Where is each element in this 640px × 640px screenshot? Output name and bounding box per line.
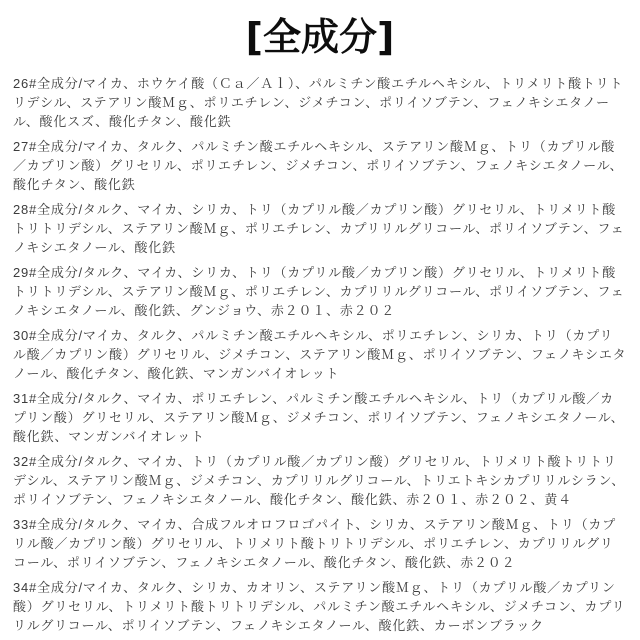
ingredient-list: 26#全成分/マイカ、ホウケイ酸（Ｃａ／Ａｌ）、パルミチン酸エチルヘキシル、トリ…	[13, 74, 627, 635]
ingredient-paragraph-28: 28#全成分/タルク、マイカ、シリカ、トリ（カプリル酸／カプリン酸）グリセリル、…	[13, 200, 627, 257]
ingredient-list-page: [全成分] 26#全成分/マイカ、ホウケイ酸（Ｃａ／Ａｌ）、パルミチン酸エチルヘ…	[0, 0, 640, 640]
ingredient-paragraph-32: 32#全成分/タルク、マイカ、トリ（カプリル酸／カプリン酸）グリセリル、トリメリ…	[13, 452, 627, 509]
ingredient-paragraph-29: 29#全成分/タルク、マイカ、シリカ、トリ（カプリル酸／カプリン酸）グリセリル、…	[13, 263, 627, 320]
ingredient-paragraph-33: 33#全成分/タルク、マイカ、合成フルオロフロゴパイト、シリカ、ステアリン酸Ｍｇ…	[13, 515, 627, 572]
ingredient-paragraph-27: 27#全成分/マイカ、タルク、パルミチン酸エチルヘキシル、ステアリン酸Ｍｇ、トリ…	[13, 137, 627, 194]
ingredient-paragraph-26: 26#全成分/マイカ、ホウケイ酸（Ｃａ／Ａｌ）、パルミチン酸エチルヘキシル、トリ…	[13, 74, 627, 131]
ingredient-paragraph-30: 30#全成分/マイカ、タルク、パルミチン酸エチルヘキシル、ポリエチレン、シリカ、…	[13, 326, 627, 383]
page-title: [全成分]	[13, 18, 627, 56]
ingredient-paragraph-31: 31#全成分/タルク、マイカ、ポリエチレン、パルミチン酸エチルヘキシル、トリ（カ…	[13, 389, 627, 446]
ingredient-paragraph-34: 34#全成分/マイカ、タルク、シリカ、カオリン、ステアリン酸Ｍｇ、トリ（カプリル…	[13, 578, 627, 635]
